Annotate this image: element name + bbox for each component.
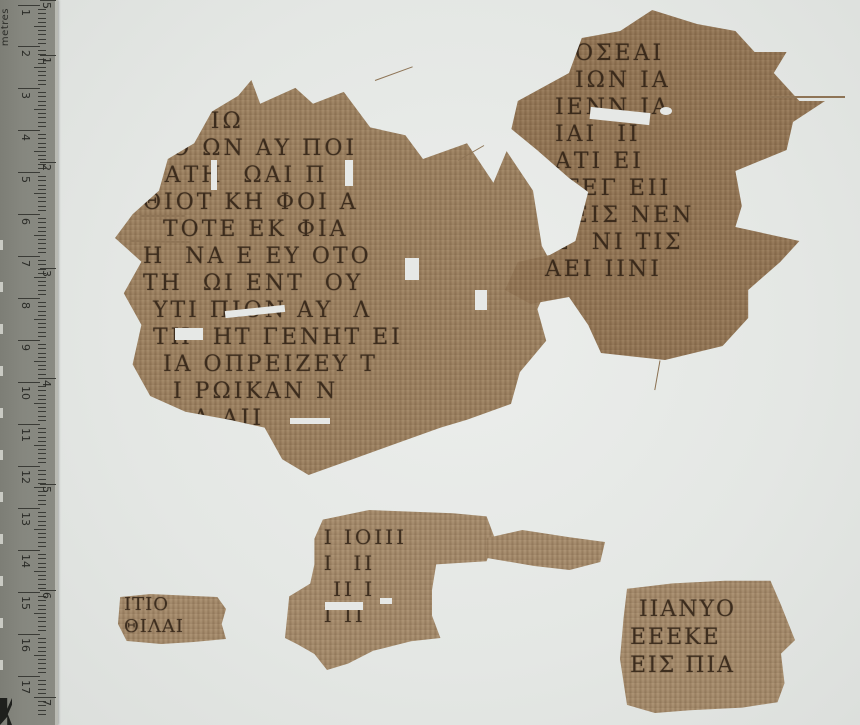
ruler-mm-tick xyxy=(34,571,46,572)
ruler-mm-tick xyxy=(38,600,46,601)
ruler-cm-label: 10 xyxy=(19,386,32,400)
ruler-mm-tick xyxy=(38,521,46,522)
ruler-cm-tick xyxy=(18,130,40,131)
ruler-cm-label: 14 xyxy=(19,554,32,568)
ruler-edge-dash xyxy=(0,366,3,376)
ruler-edge-dashes xyxy=(0,0,4,725)
ruler-cm-label: 8 xyxy=(19,302,32,309)
ruler-mm-tick xyxy=(38,96,46,97)
papyrus-hole xyxy=(290,418,330,424)
ruler-mm-tick xyxy=(38,9,46,10)
ruler-mm-tick xyxy=(38,75,46,76)
ruler-mm-tick xyxy=(38,458,46,459)
ruler-cm-tick xyxy=(18,424,40,425)
ruler-cm-tick xyxy=(18,256,40,257)
ruler-mm-tick xyxy=(38,642,46,643)
ruler-mm-tick xyxy=(38,311,46,312)
ruler-mm-tick xyxy=(34,151,46,152)
ruler-mm-tick xyxy=(38,281,46,282)
papyrus-hole xyxy=(175,328,203,340)
ruler-mm-tick xyxy=(38,227,46,228)
ruler-cm-tick xyxy=(18,5,40,6)
ruler-inch-label: 5 xyxy=(40,2,53,9)
ruler-cm-tick xyxy=(18,592,40,593)
ruler-edge-dash xyxy=(0,534,3,544)
ruler-mm-tick xyxy=(34,613,46,614)
ruler-cm-label: 16 xyxy=(19,638,32,652)
ruler-mm-tick xyxy=(38,189,46,190)
ruler-mm-tick xyxy=(34,655,46,656)
ruler-mm-tick xyxy=(38,554,46,555)
papyrus-fiber xyxy=(140,215,185,217)
ruler-cm-tick xyxy=(18,88,40,89)
ruler-mm-tick xyxy=(38,218,46,219)
ruler-mm-tick xyxy=(38,437,46,438)
ruler-mm-tick xyxy=(38,605,46,606)
ruler-mm-tick xyxy=(38,714,46,715)
ruler-mm-tick xyxy=(38,542,46,543)
ruler-mm-tick xyxy=(38,395,46,396)
ruler-cm-tick xyxy=(18,172,40,173)
ruler-inch-label: 2 xyxy=(40,164,53,171)
ruler-edge-dash xyxy=(0,282,3,292)
ruler-mm-tick xyxy=(34,193,46,194)
ruler-inch-label: 3 xyxy=(40,270,53,277)
ruler-mm-tick xyxy=(38,210,46,211)
ruler-mm-tick xyxy=(38,231,46,232)
papyrus-fragment-bottom-right: ΙΙΑΝΥΟ ΕΕΕΚΕ ΕΙΣ ΠΙΑ xyxy=(620,578,795,713)
ruler-mm-tick xyxy=(38,147,46,148)
ruler-mm-tick xyxy=(38,638,46,639)
ruler-mm-tick xyxy=(38,462,46,463)
ruler-mm-tick xyxy=(38,92,46,93)
ruler-mm-tick xyxy=(38,470,46,471)
ruler-mm-tick xyxy=(38,668,46,669)
ruler-mm-tick xyxy=(38,567,46,568)
ruler-mm-tick xyxy=(38,18,46,19)
ruler-mm-tick xyxy=(38,344,46,345)
ruler-mm-tick xyxy=(38,609,46,610)
ruler-edge xyxy=(55,0,58,725)
ruler-cm-label: 5 xyxy=(19,176,32,183)
ruler-mm-tick xyxy=(38,630,46,631)
ruler-mm-tick xyxy=(34,529,46,530)
ruler-cm-tick xyxy=(18,382,40,383)
ruler-mm-tick xyxy=(38,39,46,40)
ruler-inch-tick xyxy=(40,55,56,56)
ruler-mm-tick xyxy=(38,50,46,51)
ruler-mm-tick xyxy=(38,516,46,517)
ruler-mm-tick xyxy=(38,369,46,370)
ruler-cm-tick xyxy=(18,676,40,677)
ruler-cm-tick xyxy=(18,46,40,47)
ruler-mm-tick xyxy=(38,626,46,627)
papyrus-hole xyxy=(660,107,672,115)
ruler-mm-tick xyxy=(38,546,46,547)
ruler-mm-tick xyxy=(38,264,46,265)
ruler-mm-tick xyxy=(38,315,46,316)
ruler-edge-dash xyxy=(0,660,3,670)
papyrus-hole xyxy=(345,160,353,186)
ruler-mm-tick xyxy=(38,357,46,358)
ruler-inch-tick xyxy=(40,268,56,269)
ruler-mm-tick xyxy=(38,306,46,307)
ruler-mm-tick xyxy=(38,693,46,694)
ruler-mm-tick xyxy=(38,416,46,417)
ruler-mm-tick xyxy=(38,22,46,23)
ruler-mm-tick xyxy=(38,348,46,349)
ruler-mm-tick xyxy=(38,500,46,501)
ruler-cm-label: 6 xyxy=(19,218,32,225)
ruler-mm-tick xyxy=(38,180,46,181)
ruler-edge-dash xyxy=(0,492,3,502)
ruler-inch-label: 4 xyxy=(40,380,53,387)
ruler-mm-tick xyxy=(38,617,46,618)
ruler-mm-tick xyxy=(38,684,46,685)
ruler-mm-tick xyxy=(38,302,46,303)
ruler-mm-tick xyxy=(38,101,46,102)
ruler-cm-label: 2 xyxy=(19,50,32,57)
ruler-inch-tick xyxy=(40,0,56,1)
ruler-edge-dash xyxy=(0,408,3,418)
ruler-mm-tick xyxy=(38,504,46,505)
ruler-mm-tick xyxy=(38,252,46,253)
ruler-mm-tick xyxy=(38,399,46,400)
ruler-mm-tick xyxy=(38,155,46,156)
ruler-mm-tick xyxy=(38,159,46,160)
ruler-mm-tick xyxy=(38,621,46,622)
ruler-mm-tick xyxy=(38,647,46,648)
papyrus-hole xyxy=(380,598,392,604)
ruler-mm-tick xyxy=(38,672,46,673)
ruler-mm-tick xyxy=(38,134,46,135)
ruler-mm-tick xyxy=(38,663,46,664)
ruler-cm-label: 11 xyxy=(19,428,32,442)
ruler-mm-tick xyxy=(38,710,46,711)
ruler-inch-label: 6 xyxy=(40,592,53,599)
ruler-cm-tick xyxy=(18,340,40,341)
fragment-bottom-middle-text: Ι ΙΟΙΙΙ Ι ΙΙ ΙΙ Ι Ι ΙΙ xyxy=(305,524,407,628)
ruler-mm-tick xyxy=(38,411,46,412)
fragment-bottom-right-text: ΙΙΑΝΥΟ ΕΕΕΚΕ ΕΙΣ ΠΙΑ xyxy=(630,596,736,680)
ruler-mm-tick xyxy=(38,479,46,480)
ruler-mm-tick xyxy=(38,441,46,442)
ruler-mm-tick xyxy=(38,579,46,580)
ruler-mm-tick xyxy=(38,588,46,589)
ruler-mm-tick xyxy=(38,113,46,114)
ruler-logo-icon xyxy=(0,698,12,725)
ruler-cm-tick xyxy=(18,634,40,635)
ruler-mm-tick xyxy=(38,260,46,261)
measurement-ruler: metres 1234567891011121314151617 5123456… xyxy=(0,0,58,725)
ruler-cm-tick xyxy=(18,508,40,509)
ruler-cm-label: 15 xyxy=(19,596,32,610)
ruler-mm-tick xyxy=(38,327,46,328)
ruler-mm-tick xyxy=(38,563,46,564)
ruler-mm-tick xyxy=(38,659,46,660)
ruler-mm-tick xyxy=(38,651,46,652)
ruler-mm-tick xyxy=(38,222,46,223)
ruler-edge-dash xyxy=(0,576,3,586)
ruler-mm-tick xyxy=(38,176,46,177)
ruler-mm-tick xyxy=(38,390,46,391)
ruler-edge-dash xyxy=(0,324,3,334)
ruler-mm-tick xyxy=(38,185,46,186)
ruler-mm-tick xyxy=(38,689,46,690)
ruler-cm-label: 1 xyxy=(19,9,32,16)
ruler-cm-tick xyxy=(18,550,40,551)
ruler-mm-tick xyxy=(38,117,46,118)
ruler-cm-label: 9 xyxy=(19,344,32,351)
ruler-mm-tick xyxy=(38,43,46,44)
ruler-mm-tick xyxy=(38,407,46,408)
ruler-inch-tick xyxy=(40,162,56,163)
ruler-cm-tick xyxy=(18,466,40,467)
ruler-mm-tick xyxy=(38,453,46,454)
ruler-edge-dash xyxy=(0,450,3,460)
papyrus-hole xyxy=(475,290,487,310)
ruler-mm-tick xyxy=(38,336,46,337)
ruler-mm-tick xyxy=(38,495,46,496)
ruler-inch-tick xyxy=(40,484,56,485)
ruler-inch-tick xyxy=(40,590,56,591)
ruler-mm-tick xyxy=(38,126,46,127)
ruler-mm-tick xyxy=(38,533,46,534)
ruler-mm-tick xyxy=(38,512,46,513)
ruler-mm-tick xyxy=(38,294,46,295)
ruler-mm-tick xyxy=(38,432,46,433)
ruler-edge-dash xyxy=(0,618,3,628)
ruler-cm-label: 12 xyxy=(19,470,32,484)
ruler-cm-tick xyxy=(18,214,40,215)
ruler-mm-tick xyxy=(38,680,46,681)
ruler-mm-tick xyxy=(38,332,46,333)
fragment-small-left-text: ΙΤΙΟ ΘΙΛΑΙ xyxy=(124,594,184,638)
ruler-mm-tick xyxy=(38,243,46,244)
papyrus-hole xyxy=(325,602,363,610)
papyrus-hole xyxy=(405,258,419,280)
ruler-mm-tick xyxy=(38,420,46,421)
ruler-mm-tick xyxy=(38,71,46,72)
ruler-inch-tick xyxy=(40,378,56,379)
ruler-mm-tick xyxy=(34,361,46,362)
ruler-cm-label: 7 xyxy=(19,260,32,267)
ruler-mm-tick xyxy=(38,34,46,35)
ruler-mm-tick xyxy=(38,353,46,354)
ruler-cm-label: 3 xyxy=(19,92,32,99)
ruler-mm-tick xyxy=(38,206,46,207)
ruler-mm-tick xyxy=(38,197,46,198)
ruler-mm-tick xyxy=(34,67,46,68)
ruler-inch-label: 7 xyxy=(40,699,53,706)
fragment-main-text: ΡΙΩ ΓΟ ΩΝ ΑΥ ΠΟΙ ΙΑΤΗ ΩΑΙ Π ΘΙΟΤ ΚΗ ΦΟΙ … xyxy=(133,108,403,432)
ruler-mm-tick xyxy=(38,537,46,538)
ruler-inch-tick xyxy=(40,697,56,698)
ruler-mm-tick xyxy=(38,239,46,240)
ruler-mm-tick xyxy=(34,235,46,236)
ruler-mm-tick xyxy=(38,449,46,450)
ruler-mm-tick xyxy=(38,138,46,139)
ruler-mm-tick xyxy=(38,30,46,31)
ruler-mm-tick xyxy=(38,285,46,286)
ruler-mm-tick xyxy=(38,143,46,144)
papyrus-hole xyxy=(211,160,217,190)
ruler-mm-tick xyxy=(38,201,46,202)
ruler-mm-tick xyxy=(38,584,46,585)
ruler-mm-tick xyxy=(38,558,46,559)
ruler-mm-tick xyxy=(38,80,46,81)
ruler-mm-tick xyxy=(38,323,46,324)
ruler-mm-tick xyxy=(38,365,46,366)
ruler-inch-label: 5 xyxy=(40,486,53,493)
ruler-cm-label: 4 xyxy=(19,134,32,141)
ruler-mm-tick xyxy=(34,445,46,446)
ruler-mm-tick xyxy=(38,474,46,475)
ruler-cm-tick xyxy=(18,298,40,299)
ruler-mm-tick xyxy=(38,122,46,123)
ruler-mm-tick xyxy=(38,525,46,526)
ruler-edge-dash xyxy=(0,240,3,250)
ruler-mm-tick xyxy=(34,319,46,320)
ruler-mm-tick xyxy=(34,277,46,278)
ruler-mm-tick xyxy=(38,84,46,85)
papyrus-fragment-small-left: ΙΤΙΟ ΘΙΛΑΙ xyxy=(118,594,226,644)
ruler-mm-tick xyxy=(38,575,46,576)
papyrus-fiber xyxy=(770,96,845,98)
ruler-mm-tick xyxy=(38,248,46,249)
ruler-cm-label: 13 xyxy=(19,512,32,526)
ruler-mm-tick xyxy=(38,290,46,291)
ruler-mm-tick xyxy=(34,109,46,110)
ruler-mm-tick xyxy=(34,403,46,404)
ruler-mm-tick xyxy=(38,374,46,375)
ruler-mm-tick xyxy=(34,26,46,27)
ruler-inch-label: 1 xyxy=(40,57,53,64)
ruler-mm-tick xyxy=(38,105,46,106)
ruler-cm-label: 17 xyxy=(19,680,32,694)
ruler-mm-tick xyxy=(38,428,46,429)
ruler-mm-tick xyxy=(38,13,46,14)
